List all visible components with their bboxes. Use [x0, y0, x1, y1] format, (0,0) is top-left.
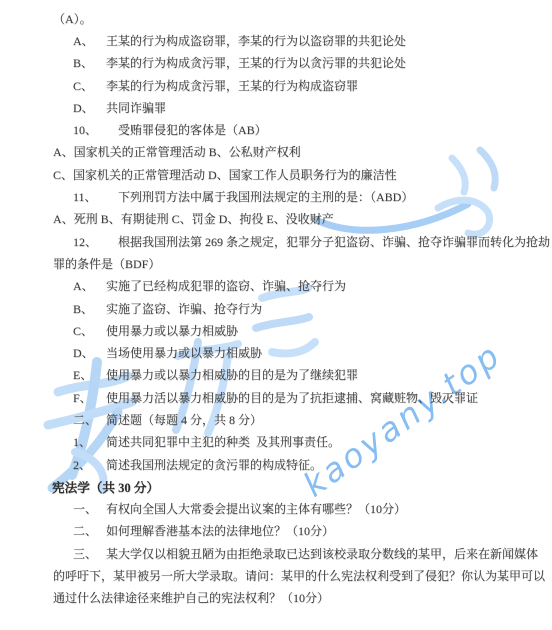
option-line: 2、简述我国刑法规定的贪污罪的构成特征。 [73, 453, 552, 475]
option-line: 一、有权向全国人大常委会提出议案的主体有哪些？（10分） [73, 498, 552, 520]
line-label: 11、 [73, 188, 118, 205]
line-label: F、 [73, 389, 106, 406]
exam-document-page: kaoyany.top （A）。A、王某的行为构成盗窃罪，李某的行为以盗窃罪的共… [0, 0, 552, 630]
line-text: 李某的行为构成贪污罪，王某的行为以贪污罪的共犯论处 [106, 54, 406, 71]
option-line: 三、某大学仅以相貌丑陋为由拒绝录取已达到该校录取分数线的某甲，后来在新闻媒体 [73, 542, 552, 564]
text-line: 通过什么法律途径来维护自己的宪法权利？（10分） [53, 587, 552, 609]
line-label: A、 [73, 277, 106, 294]
line-label: 二、 [73, 411, 106, 428]
line-text: 简述共同犯罪中主犯的种类 及其刑事责任。 [106, 433, 340, 450]
question-line: 10、受贿罪侵犯的客体是（AB） [73, 118, 552, 140]
text-line: 的呼吁下，某甲被另一所大学录取。请问：某甲的什么宪法权利受到了侵犯？你认为某甲可… [53, 564, 552, 586]
line-label: 12、 [73, 233, 118, 250]
option-line: D、共同诈骗罪 [73, 96, 552, 118]
line-text: 如何理解香港基本法的法律地位？（10分） [106, 522, 334, 539]
line-text: 王某的行为构成盗窃罪，李某的行为以盗窃罪的共犯论处 [106, 32, 406, 49]
line-label: 二、 [73, 522, 106, 539]
option-line: 二、如何理解香港基本法的法律地位？（10分） [73, 520, 552, 542]
line-text: 受贿罪侵犯的客体是（AB） [118, 121, 267, 138]
text-line: A、死刑 B、有期徒刑 C、罚金 D、拘役 E、没收财产 [53, 208, 552, 230]
line-text: 实施了已经构成犯罪的盗窃、诈骗、抢夺行为 [106, 277, 346, 294]
line-label: B、 [73, 300, 106, 317]
text-line: 罪的条件是（BDF） [53, 252, 552, 274]
line-text: 实施了盗窃、诈骗、抢夺行为 [106, 300, 262, 317]
option-line: D、当场使用暴力或以暴力相威胁 [73, 341, 552, 363]
line-text: 使用暴力活以暴力相威胁的目的是为了抗拒逮捕、窝藏赃物、毁灭罪证 [106, 389, 478, 406]
line-text: 根据我国刑法第 269 条之规定，犯罪分子犯盗窃、诈骗、抢夺诈骗罪而转化为抢劫 [118, 233, 550, 250]
question-line: 12、根据我国刑法第 269 条之规定，犯罪分子犯盗窃、诈骗、抢夺诈骗罪而转化为… [73, 230, 552, 252]
line-label: C、 [73, 77, 106, 94]
text-line: A、国家机关的正常管理活动 B、公私财产权利 [53, 141, 552, 163]
document-text: （A）。A、王某的行为构成盗窃罪，李某的行为以盗窃罪的共犯论处B、李某的行为构成… [0, 0, 552, 630]
line-label: D、 [73, 344, 106, 361]
line-label: D、 [73, 99, 106, 116]
line-label: A、 [73, 32, 106, 49]
option-line: A、实施了已经构成犯罪的盗窃、诈骗、抢夺行为 [73, 275, 552, 297]
question-line: 11、下列刑罚方法中属于我国刑法规定的主刑的是：（ABD） [73, 185, 552, 207]
text-line: C、国家机关的正常管理活动 D、国家工作人员职务行为的廉洁性 [53, 163, 552, 185]
line-text: 有权向全国人大常委会提出议案的主体有哪些？（10分） [106, 500, 406, 517]
option-line: F、使用暴力活以暴力相威胁的目的是为了抗拒逮捕、窝藏赃物、毁灭罪证 [73, 386, 552, 408]
line-text: 共同诈骗罪 [106, 99, 166, 116]
line-label: C、 [73, 322, 106, 339]
line-text: 下列刑罚方法中属于我国刑法规定的主刑的是：（ABD） [118, 188, 413, 205]
line-label: 10、 [73, 121, 118, 138]
line-text: 李某的行为构成贪污罪，王某的行为构成盗窃罪 [106, 77, 358, 94]
line-text: 某大学仅以相貌丑陋为由拒绝录取已达到该校录取分数线的某甲，后来在新闻媒体 [106, 545, 538, 562]
option-line: 二、简述题（每题 4 分，共 8 分） [73, 408, 552, 430]
option-line: 1、简述共同犯罪中主犯的种类 及其刑事责任。 [73, 431, 552, 453]
line-label: B、 [73, 54, 106, 71]
option-line: C、使用暴力或以暴力相威胁 [73, 319, 552, 341]
line-label: 三、 [73, 545, 106, 562]
option-line: B、李某的行为构成贪污罪，王某的行为以贪污罪的共犯论处 [73, 52, 552, 74]
option-line: E、使用暴力或以暴力相威胁的目的是为了继续犯罪 [73, 364, 552, 386]
line-label: 2、 [73, 456, 106, 473]
option-line: A、王某的行为构成盗窃罪，李某的行为以盗窃罪的共犯论处 [73, 29, 552, 51]
line-text: 使用暴力或以暴力相威胁 [106, 322, 238, 339]
line-text: 简述题（每题 4 分，共 8 分） [106, 411, 262, 428]
option-line: B、实施了盗窃、诈骗、抢夺行为 [73, 297, 552, 319]
line-text: 使用暴力或以暴力相威胁的目的是为了继续犯罪 [106, 366, 358, 383]
option-line: C、李某的行为构成贪污罪，王某的行为构成盗窃罪 [73, 74, 552, 96]
line-text: 当场使用暴力或以暴力相威胁 [106, 344, 262, 361]
section-heading: 宪法学（共 30 分） [52, 475, 552, 497]
line-label: 1、 [73, 433, 106, 450]
line-label: 一、 [73, 500, 106, 517]
line-label: E、 [73, 366, 106, 383]
line-text: 简述我国刑法规定的贪污罪的构成特征。 [106, 456, 322, 473]
text-line: （A）。 [53, 7, 552, 29]
